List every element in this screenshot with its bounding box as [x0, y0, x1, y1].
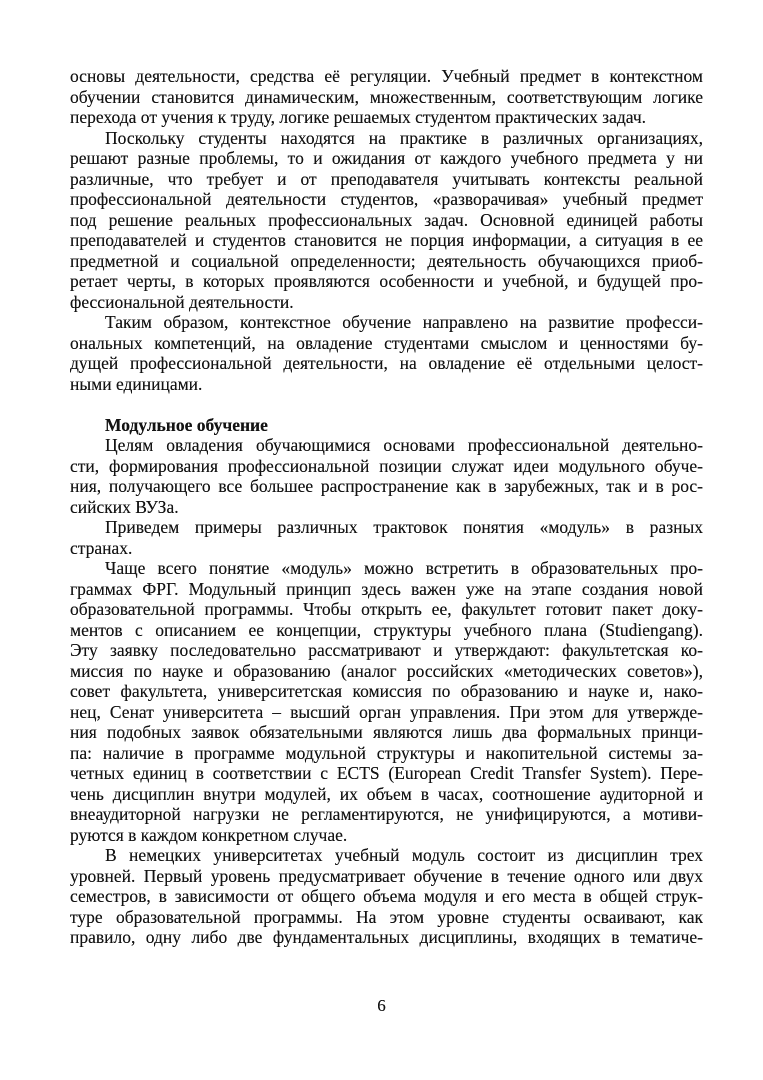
text-line: ональных компетенций, на овладение студе…: [70, 333, 703, 354]
text-line: Целям овладения обучающимися основами пр…: [70, 435, 703, 456]
text-line: туре образовательной программы. На этом …: [70, 907, 703, 928]
text-line: ния, получающего все большее распростран…: [70, 476, 703, 497]
text-line: уровней. Первый уровень предусматривает …: [70, 866, 703, 887]
text-line: Поскольку студенты находятся на практике…: [70, 128, 703, 149]
paragraph: Приведем примеры различных трактовок пон…: [70, 517, 703, 558]
paragraph-spacer: [70, 394, 703, 415]
text-line: руются в каждом конкретном случае.: [70, 825, 703, 846]
document-page: основы деятельности, средства её регуляц…: [0, 0, 763, 1080]
text-line: ментов с описанием ее концепции, структу…: [70, 620, 703, 641]
text-line: ретает черты, в которых проявляются особ…: [70, 271, 703, 292]
text-line: нец, Сенат университета – высший орган у…: [70, 702, 703, 723]
text-line: странах.: [70, 538, 703, 559]
text-line: Приведем примеры различных трактовок пон…: [70, 517, 703, 538]
page-number: 6: [377, 996, 386, 1015]
text-line: образовательной программы. Чтобы открыть…: [70, 599, 703, 620]
text-line: перехода от учения к труду, логике решае…: [70, 107, 703, 128]
page-footer: 6: [0, 996, 763, 1016]
text-line: предметной и социальной определенности; …: [70, 251, 703, 272]
text-line: Таким образом, контекстное обучение напр…: [70, 312, 703, 333]
paragraph: Таким образом, контекстное обучение напр…: [70, 312, 703, 394]
paragraph: Целям овладения обучающимися основами пр…: [70, 435, 703, 517]
paragraph: Поскольку студенты находятся на практике…: [70, 128, 703, 313]
text-line: совет факультета, университетская комисс…: [70, 681, 703, 702]
text-line: решают разные проблемы, то и ожидания от…: [70, 148, 703, 169]
text-line: четных единиц в соответствии с ECTS (Eur…: [70, 763, 703, 784]
text-line: внеаудиторной нагрузки не регламентируют…: [70, 804, 703, 825]
section-heading: Модульное обучение: [70, 415, 703, 436]
text-line: профессиональной деятельности студентов,…: [70, 189, 703, 210]
text-line: ными единицами.: [70, 374, 703, 395]
paragraph: основы деятельности, средства её регуляц…: [70, 66, 703, 128]
text-line: В немецких университетах учебный модуль …: [70, 845, 703, 866]
text-line: различные, что требует и от преподавател…: [70, 169, 703, 190]
text-line: миссия по науке и образованию (аналог ро…: [70, 661, 703, 682]
page-body: основы деятельности, средства её регуляц…: [70, 66, 703, 948]
text-line: Эту заявку последовательно рассматривают…: [70, 640, 703, 661]
text-line: сти, формирования профессиональной позиц…: [70, 456, 703, 477]
text-line: чень дисциплин внутри модулей, их объем …: [70, 784, 703, 805]
text-line: под решение реальных профессиональных за…: [70, 210, 703, 231]
text-line: граммах ФРГ. Модульный принцип здесь важ…: [70, 579, 703, 600]
text-line: обучении становится динамическим, множес…: [70, 87, 703, 108]
paragraph: Чаще всего понятие «модуль» можно встрет…: [70, 558, 703, 845]
text-line: дущей профессиональной деятельности, на …: [70, 353, 703, 374]
paragraph: В немецких университетах учебный модуль …: [70, 845, 703, 948]
text-line: фессиональной деятельности.: [70, 292, 703, 313]
text-line: семестров, в зависимости от общего объем…: [70, 886, 703, 907]
text-line: Чаще всего понятие «модуль» можно встрет…: [70, 558, 703, 579]
text-line: правило, одну либо две фундаментальных д…: [70, 927, 703, 948]
text-line: сийских ВУЗа.: [70, 497, 703, 518]
text-line: основы деятельности, средства её регуляц…: [70, 66, 703, 87]
text-line: преподавателей и студентов становится не…: [70, 230, 703, 251]
text-line: па: наличие в программе модульной структ…: [70, 743, 703, 764]
text-line: ния подобных заявок обязательными являют…: [70, 722, 703, 743]
